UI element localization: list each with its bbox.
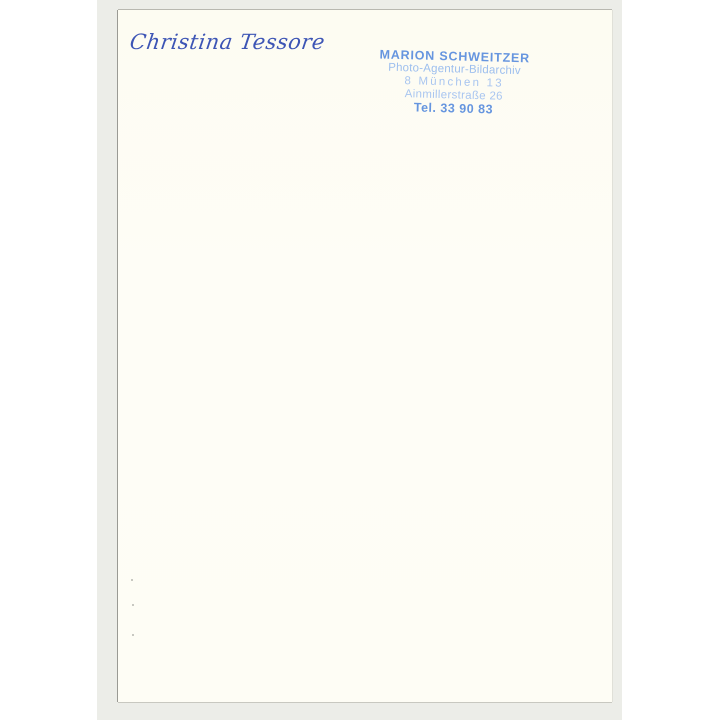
paper-speck <box>132 634 134 636</box>
handwritten-name: Christina Tessore <box>128 30 326 54</box>
paper-speck <box>132 604 134 606</box>
paper-speck <box>131 579 133 581</box>
agency-stamp: MARION SCHWEITZER Photo-Agentur-Bildarch… <box>360 48 548 118</box>
